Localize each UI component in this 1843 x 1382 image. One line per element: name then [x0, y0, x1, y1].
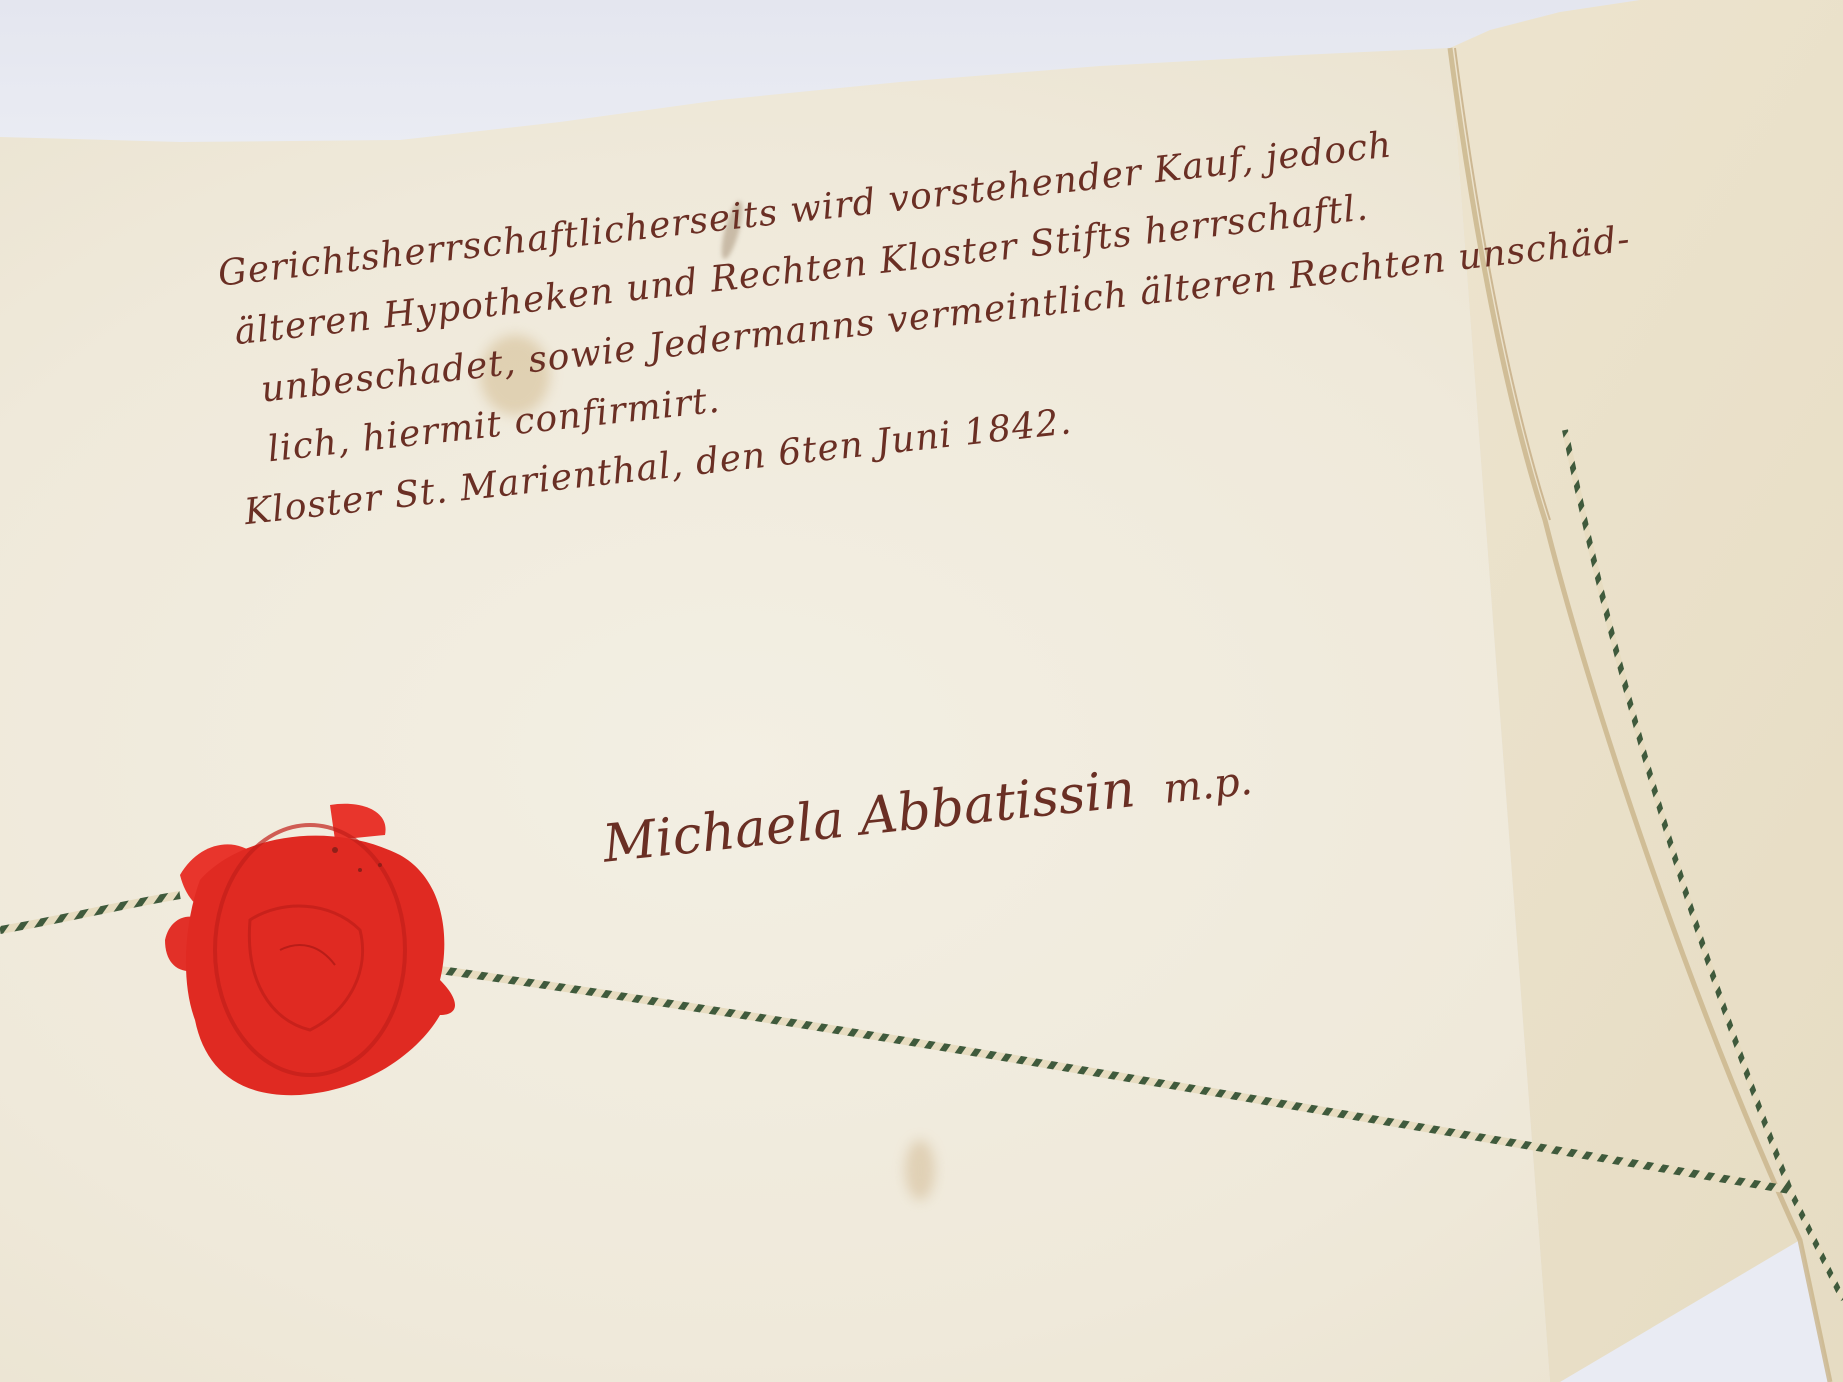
signature-flourish: m.p.	[1161, 758, 1254, 813]
wax-seal-icon	[160, 800, 460, 1100]
paper-stain	[905, 1140, 935, 1200]
document-photo: Gerichtsherrschaftlicherseits wird vorst…	[0, 0, 1843, 1382]
